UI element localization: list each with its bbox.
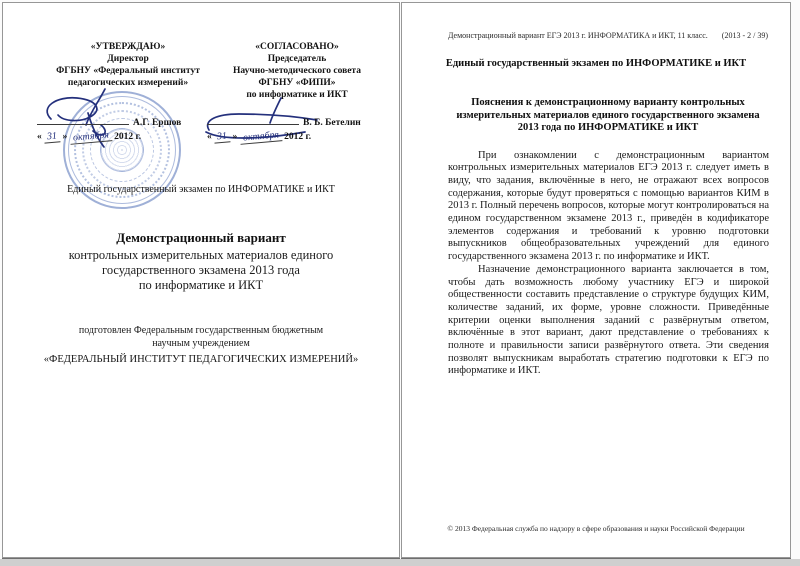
approve-block: «УТВЕРЖДАЮ» Директор ФГБНУ «Федеральный …	[29, 41, 227, 89]
copyright-footer: © 2013 Федеральная служба по надзору в с…	[402, 524, 790, 533]
signer-name: В. Б. Бетелин	[303, 118, 361, 128]
approve-title: «УТВЕРЖДАЮ»	[29, 41, 227, 53]
signature-line	[37, 115, 129, 125]
signature-block-betelin: В. Б. Бетелин « 31 » октября 2012 г.	[207, 115, 387, 143]
agree-line: Научно-методического совета	[209, 65, 385, 77]
page-header: Демонстрационный вариант ЕГЭ 2013 г. ИНФ…	[448, 31, 768, 40]
approve-line: педагогических измерений»	[29, 77, 227, 89]
date-line: « 31 » октября 2012 г.	[207, 131, 387, 143]
handwritten-day: 31	[214, 130, 231, 143]
agree-line: по информатике и ИКТ	[209, 89, 385, 101]
handwritten-month: октября	[69, 129, 112, 145]
agree-line: ФГБНУ «ФИПИ»	[209, 77, 385, 89]
paragraph: Назначение демонстрационного варианта за…	[448, 264, 769, 378]
institute-name: «ФЕДЕРАЛЬНЫЙ ИНСТИТУТ ПЕДАГОГИЧЕСКИХ ИЗМ…	[3, 354, 399, 365]
date-year: 2012 г.	[114, 132, 141, 142]
document-title-line: по информатике и ИКТ	[3, 278, 399, 293]
signature-line	[207, 115, 299, 125]
exam-title: Единый государственный экзамен по ИНФОРМ…	[402, 58, 790, 69]
scan-bottom-edge	[0, 559, 800, 566]
paragraph: При ознакомлении с демонстрационным вари…	[448, 150, 769, 264]
document-title-block: Демонстрационный вариант контрольных изм…	[3, 230, 399, 293]
approve-line: Директор	[29, 53, 227, 65]
agree-line: Председатель	[209, 53, 385, 65]
prepared-by-block: подготовлен Федеральным государственным …	[3, 325, 399, 350]
date-line: « 31 » октября 2012 г.	[37, 131, 221, 143]
section-title: Пояснения к демонстрационному варианту к…	[448, 97, 768, 135]
document-title: Демонстрационный вариант	[3, 230, 399, 246]
header-page-number: (2013 - 2 / 39)	[722, 31, 768, 40]
handwritten-day: 31	[44, 130, 61, 143]
header-variant-label: Демонстрационный вариант ЕГЭ 2013 г. ИНФ…	[448, 31, 708, 40]
handwritten-month: октября	[239, 129, 282, 145]
document-page-left: «УТВЕРЖДАЮ» Директор ФГБНУ «Федеральный …	[2, 2, 400, 558]
exam-name-line: Единый государственный экзамен по ИНФОРМ…	[3, 184, 399, 195]
document-page-right: Демонстрационный вариант ЕГЭ 2013 г. ИНФ…	[401, 2, 791, 558]
document-title-line: государственного экзамена 2013 года	[3, 263, 399, 278]
approve-line: ФГБНУ «Федеральный институт	[29, 65, 227, 77]
signature-block-ershov: А.Г. Ершов « 31 » октября 2012 г.	[37, 115, 221, 143]
body-text: При ознакомлении с демонстрационным вари…	[448, 150, 769, 379]
date-year: 2012 г.	[284, 132, 311, 142]
agree-block: «СОГЛАСОВАНО» Председатель Научно-методи…	[209, 41, 385, 101]
document-title-line: контрольных измерительных материалов еди…	[3, 248, 399, 263]
signer-name: А.Г. Ершов	[133, 118, 181, 128]
agree-title: «СОГЛАСОВАНО»	[209, 41, 385, 53]
